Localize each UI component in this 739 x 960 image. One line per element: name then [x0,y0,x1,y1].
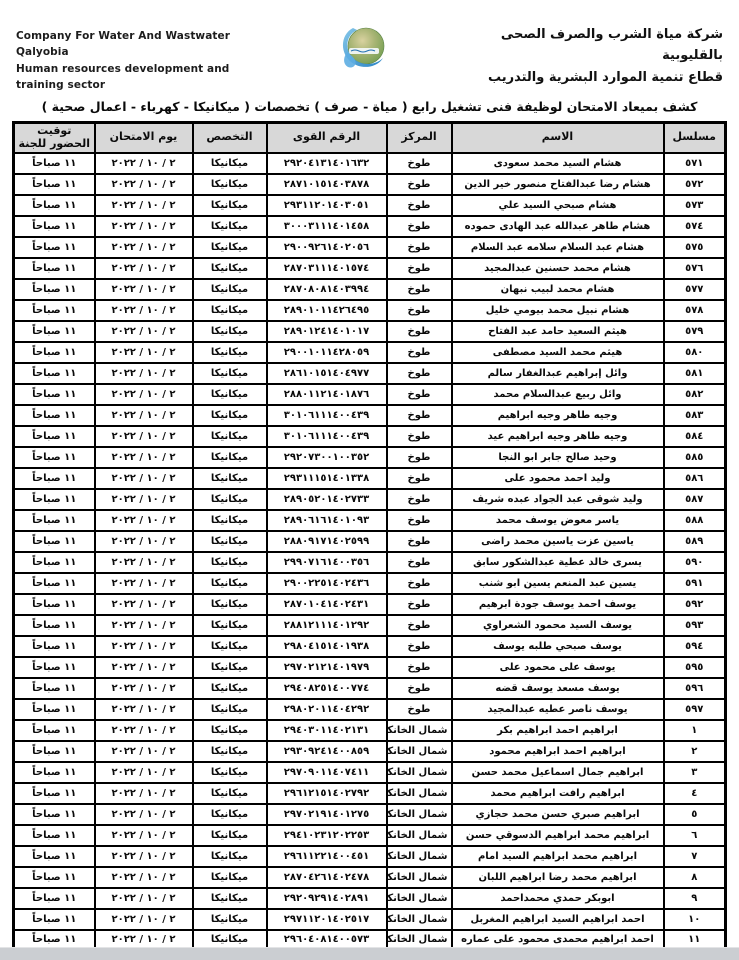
center-cell: شمال الخانكة [387,846,452,867]
name-cell: يسين عبد المنعم يسين ابو شنب [452,573,664,594]
specialty-cell: ميكانيكا [193,762,267,783]
column-header: الرقم القوى [267,123,387,153]
attendance-time-cell: ١١ صباحاً [14,405,95,426]
serial-cell: ٥ [664,804,726,825]
table-row: ٥٨١وائل إبراهيم عبدالغفار سالمطوخ٢٨٦١٠١٥… [14,363,726,384]
national-id-cell: ٢٩٤٠٣٠١١٤٠٢١٣١ [267,720,387,741]
table-row: ٥٨٧وليد شوقى عبد الجواد عبده شريفطوخ٢٨٩٠… [14,489,726,510]
attendance-time-cell: ١١ صباحاً [14,594,95,615]
name-cell: ابراهيم محمد ابراهيم الدسوقي حسن [452,825,664,846]
name-cell: هشام محمد حسنين عبدالمجيد [452,258,664,279]
exam-day-cell: ٢ / ١٠ / ٢٠٢٢ [95,657,193,678]
national-id-cell: ٢٩٨٠٤١٥١٤٠١٩٣٨ [267,636,387,657]
attendance-time-cell: ١١ صباحاً [14,846,95,867]
exam-day-cell: ٢ / ١٠ / ٢٠٢٢ [95,153,193,174]
name-cell: هشام محمد لبيب نبهان [452,279,664,300]
center-cell: شمال الخانكة [387,804,452,825]
specialty-cell: ميكانيكا [193,657,267,678]
center-cell: طوخ [387,405,452,426]
serial-cell: ٣ [664,762,726,783]
table-header-row: مسلسلالاسمالمركزالرقم القوىالتخصصيوم الا… [14,123,726,153]
name-cell: هيثم السعيد حامد عبد الفتاح [452,321,664,342]
center-cell: طوخ [387,237,452,258]
serial-cell: ٥٩٣ [664,615,726,636]
specialty-cell: ميكانيكا [193,867,267,888]
table-row: ٥٩٣يوسف السيد محمود الشعراويطوخ٢٨٨١٢١١١٤… [14,615,726,636]
water-globe-logo-icon [333,22,397,74]
national-id-cell: ٢٨٨٠٩١٧١٤٠٢٥٩٩ [267,531,387,552]
national-id-cell: ٢٩٦١١٢٢١٤٠٠٤٥١ [267,846,387,867]
serial-cell: ٥٨٥ [664,447,726,468]
center-cell: طوخ [387,468,452,489]
national-id-cell: ٢٨٧٠١٠٤١٤٠٢٤٣١ [267,594,387,615]
center-cell: طوخ [387,678,452,699]
national-id-cell: ٢٩٧٠٢١٢١٤٠١٩٧٩ [267,657,387,678]
serial-cell: ٥٨٤ [664,426,726,447]
national-id-cell: ٢٨٩٠٥٢٠١٤٠٢٧٣٣ [267,489,387,510]
national-id-cell: ٢٨٨٠١١٢١٤٠١٨٧٦ [267,384,387,405]
table-row: ٥٨٨ياسر معوض يوسف محمدطوخ٢٨٩٠٦١٦١٤٠١٠٩٣م… [14,510,726,531]
exam-day-cell: ٢ / ١٠ / ٢٠٢٢ [95,237,193,258]
specialty-cell: ميكانيكا [193,741,267,762]
attendance-time-cell: ١١ صباحاً [14,636,95,657]
serial-cell: ٥٩٥ [664,657,726,678]
serial-cell: ٥٧٦ [664,258,726,279]
exam-day-cell: ٢ / ١٠ / ٢٠٢٢ [95,783,193,804]
table-row: ٩ابوبكر حمدي محمداحمدشمال الخانكة٢٩٢٠٩٢٩… [14,888,726,909]
name-cell: وجيه طاهر وجيه ابراهيم [452,405,664,426]
center-cell: طوخ [387,510,452,531]
exam-day-cell: ٢ / ١٠ / ٢٠٢٢ [95,636,193,657]
exam-day-cell: ٢ / ١٠ / ٢٠٢٢ [95,762,193,783]
national-id-cell: ٣٠١٠٦١١١٤٠٠٤٣٩ [267,405,387,426]
attendance-time-cell: ١١ صباحاً [14,468,95,489]
national-id-cell: ٢٩٨٠٢٠١١٤٠٤٢٩٢ [267,699,387,720]
national-id-cell: ٢٩٢٠٩٢٩١٤٠٢٨٩١ [267,888,387,909]
exam-day-cell: ٢ / ١٠ / ٢٠٢٢ [95,489,193,510]
name-cell: ابراهيم صبري حسن محمد حجازي [452,804,664,825]
name-cell: هشام صبحي السيد علي [452,195,664,216]
specialty-cell: ميكانيكا [193,153,267,174]
name-cell: ياسين عزت ياسين محمد راضى [452,531,664,552]
attendance-time-cell: ١١ صباحاً [14,699,95,720]
national-id-cell: ٢٩٧٠٢١٩١٤٠١٢٧٥ [267,804,387,825]
exam-day-cell: ٢ / ١٠ / ٢٠٢٢ [95,678,193,699]
specialty-cell: ميكانيكا [193,615,267,636]
attendance-time-cell: ١١ صباحاً [14,195,95,216]
serial-cell: ١ [664,720,726,741]
national-id-cell: ٢٩٤١٠٢٣١٢٠٢٢٥٣ [267,825,387,846]
serial-cell: ٤ [664,783,726,804]
serial-cell: ٥٧٧ [664,279,726,300]
specialty-cell: ميكانيكا [193,594,267,615]
name-cell: هشام رضا عبدالفتاح منصور خير الدين [452,174,664,195]
name-cell: وجيه طاهر وجيه ابراهيم عيد [452,426,664,447]
column-header: يوم الامتحان [95,123,193,153]
exam-day-cell: ٢ / ١٠ / ٢٠٢٢ [95,258,193,279]
serial-cell: ٥٨٣ [664,405,726,426]
table-row: ١٠احمد ابراهيم السيد ابراهيم المغربلشمال… [14,909,726,930]
exam-day-cell: ٢ / ١٠ / ٢٠٢٢ [95,447,193,468]
name-cell: ابراهيم محمد رضا ابراهيم اللبان [452,867,664,888]
table-row: ٥٧٣هشام صبحي السيد عليطوخ٢٩٣١١٢٠١٤٠٣٠٥١م… [14,195,726,216]
name-cell: ياسر معوض يوسف محمد [452,510,664,531]
national-id-cell: ٢٩٤٠٨٢٥١٤٠٠٧٧٤ [267,678,387,699]
center-cell: طوخ [387,426,452,447]
specialty-cell: ميكانيكا [193,510,267,531]
specialty-cell: ميكانيكا [193,468,267,489]
table-row: ٥٧٦هشام محمد حسنين عبدالمجيدطوخ٢٨٧٠٣١١١٤… [14,258,726,279]
center-cell: طوخ [387,573,452,594]
specialty-cell: ميكانيكا [193,720,267,741]
column-header: التخصص [193,123,267,153]
table-row: ٤ابراهيم رافت ابراهيم محمدشمال الخانكة٢٩… [14,783,726,804]
serial-cell: ٥٩٦ [664,678,726,699]
name-cell: ابراهيم رافت ابراهيم محمد [452,783,664,804]
serial-cell: ٥٩٤ [664,636,726,657]
table-row: ٥٨٠هيثم محمد السيد مصطفىطوخ٢٩٠٠١٠١١٤٢٨٠٥… [14,342,726,363]
specialty-cell: ميكانيكا [193,195,267,216]
attendance-time-cell: ١١ صباحاً [14,363,95,384]
serial-cell: ٧ [664,846,726,867]
attendance-time-cell: ١١ صباحاً [14,258,95,279]
column-header: مسلسل [664,123,726,153]
center-cell: طوخ [387,636,452,657]
column-header: الاسم [452,123,664,153]
company-name-english-line1: Company For Water And Wastwater Qalyobia [16,28,266,61]
center-cell: طوخ [387,594,452,615]
center-cell: طوخ [387,699,452,720]
serial-cell: ٥٨٧ [664,489,726,510]
serial-cell: ٥٨٦ [664,468,726,489]
exam-day-cell: ٢ / ١٠ / ٢٠٢٢ [95,909,193,930]
national-id-cell: ٢٨٩٠٦١٦١٤٠١٠٩٣ [267,510,387,531]
name-cell: يوسف مسعد يوسف قضه [452,678,664,699]
exam-day-cell: ٢ / ١٠ / ٢٠٢٢ [95,825,193,846]
table-row: ٥٧٤هشام طاهر عبدالله عبد الهادى حمودهطوخ… [14,216,726,237]
name-cell: يوسف السيد محمود الشعراوي [452,615,664,636]
serial-cell: ٥٨٠ [664,342,726,363]
table-row: ٥٧٥هشام عبد السلام سلامه عبد السلامطوخ٢٩… [14,237,726,258]
name-cell: وحيد صالح جابر ابو النجا [452,447,664,468]
name-cell: يوسف ناصر عطيه عبدالمجيد [452,699,664,720]
table-row: ٥٧٩هيثم السعيد حامد عبد الفتاحطوخ٢٨٩٠١٢٤… [14,321,726,342]
attendance-time-cell: ١١ صباحاً [14,573,95,594]
table-row: ٥٩١يسين عبد المنعم يسين ابو شنبطوخ٢٩٠٠٢٢… [14,573,726,594]
national-id-cell: ٢٩٧١١٢٠١٤٠٢٥١٧ [267,909,387,930]
exam-day-cell: ٢ / ١٠ / ٢٠٢٢ [95,195,193,216]
exam-day-cell: ٢ / ١٠ / ٢٠٢٢ [95,594,193,615]
national-id-cell: ٢٨٩٠١٢٤١٤٠١٠١٧ [267,321,387,342]
table-row: ٥٩٧يوسف ناصر عطيه عبدالمجيدطوخ٢٩٨٠٢٠١١٤٠… [14,699,726,720]
attendance-time-cell: ١١ صباحاً [14,174,95,195]
exam-day-cell: ٢ / ١٠ / ٢٠٢٢ [95,552,193,573]
national-id-cell: ٣٠٠٠٣١١١٤٠١٤٥٨ [267,216,387,237]
national-id-cell: ٣٠١٠٦١١١٤٠٠٤٣٩ [267,426,387,447]
center-cell: طوخ [387,195,452,216]
specialty-cell: ميكانيكا [193,699,267,720]
serial-cell: ١٠ [664,909,726,930]
specialty-cell: ميكانيكا [193,804,267,825]
exam-day-cell: ٢ / ١٠ / ٢٠٢٢ [95,279,193,300]
center-cell: شمال الخانكة [387,741,452,762]
specialty-cell: ميكانيكا [193,888,267,909]
table-row: ٥٨٩ياسين عزت ياسين محمد راضىطوخ٢٨٨٠٩١٧١٤… [14,531,726,552]
center-cell: شمال الخانكة [387,762,452,783]
name-cell: وائل إبراهيم عبدالغفار سالم [452,363,664,384]
exam-day-cell: ٢ / ١٠ / ٢٠٢٢ [95,804,193,825]
center-cell: شمال الخانكة [387,783,452,804]
serial-cell: ٥٨٨ [664,510,726,531]
serial-cell: ٥٩١ [664,573,726,594]
attendance-time-cell: ١١ صباحاً [14,720,95,741]
national-id-cell: ٢٩٩٠٧١٦١٤٠٠٣٥٦ [267,552,387,573]
table-row: ٢ابراهيم احمد ابراهيم محمودشمال الخانكة٢… [14,741,726,762]
attendance-time-cell: ١١ صباحاً [14,216,95,237]
serial-cell: ٩ [664,888,726,909]
table-row: ٥٩٥يوسف على محمود علىطوخ٢٩٧٠٢١٢١٤٠١٩٧٩مي… [14,657,726,678]
center-cell: شمال الخانكة [387,888,452,909]
table-row: ٥٨٤وجيه طاهر وجيه ابراهيم عيدطوخ٣٠١٠٦١١١… [14,426,726,447]
national-id-cell: ٢٩٠٠٢٢٥١٤٠٢٤٣٦ [267,573,387,594]
center-cell: طوخ [387,384,452,405]
attendance-time-cell: ١١ صباحاً [14,531,95,552]
serial-cell: ٥٨١ [664,363,726,384]
specialty-cell: ميكانيكا [193,321,267,342]
specialty-cell: ميكانيكا [193,342,267,363]
attendance-time-cell: ١١ صباحاً [14,825,95,846]
national-id-cell: ٢٨٩٠١٠١١٤٢٦٤٩٥ [267,300,387,321]
name-cell: ابراهيم احمد ابراهيم بكر [452,720,664,741]
national-id-cell: ٢٨٧٠٤٢٦١٤٠٢٤٧٨ [267,867,387,888]
table-row: ٧ابراهيم محمد ابراهيم السيد امامشمال الخ… [14,846,726,867]
exam-day-cell: ٢ / ١٠ / ٢٠٢٢ [95,405,193,426]
center-cell: طوخ [387,321,452,342]
specialty-cell: ميكانيكا [193,489,267,510]
serial-cell: ٨ [664,867,726,888]
attendance-time-cell: ١١ صباحاً [14,762,95,783]
center-cell: طوخ [387,363,452,384]
attendance-time-cell: ١١ صباحاً [14,321,95,342]
attendance-time-cell: ١١ صباحاً [14,888,95,909]
attendance-time-cell: ١١ صباحاً [14,867,95,888]
table-row: ٥٧٢هشام رضا عبدالفتاح منصور خير الدينطوخ… [14,174,726,195]
national-id-cell: ٢٩٦١٢١٥١٤٠٢٧٩٢ [267,783,387,804]
national-id-cell: ٢٩٧٠٩٠١١٤٠٧٤١١ [267,762,387,783]
company-name-english: Company For Water And Wastwater Qalyobia… [16,28,266,93]
company-header: Company For Water And Wastwater Qalyobia… [0,0,739,93]
table-row: ٥٧١هشام السيد محمد سعودىطوخ٢٩٢٠٤١٣١٤٠١٦٣… [14,153,726,174]
specialty-cell: ميكانيكا [193,426,267,447]
serial-cell: ٥٨٢ [664,384,726,405]
attendance-time-cell: ١١ صباحاً [14,678,95,699]
specialty-cell: ميكانيكا [193,279,267,300]
table-row: ٥٧٧هشام محمد لبيب نبهانطوخ٢٨٧٠٨٠٨١٤٠٣٩٩٤… [14,279,726,300]
center-cell: طوخ [387,300,452,321]
national-id-cell: ٢٩٠٠١٠١١٤٢٨٠٥٩ [267,342,387,363]
specialty-cell: ميكانيكا [193,636,267,657]
exam-day-cell: ٢ / ١٠ / ٢٠٢٢ [95,321,193,342]
exam-day-cell: ٢ / ١٠ / ٢٠٢٢ [95,573,193,594]
national-id-cell: ٢٨٦١٠١٥١٤٠٤٩٧٧ [267,363,387,384]
attendance-time-cell: ١١ صباحاً [14,909,95,930]
serial-cell: ٥٩٠ [664,552,726,573]
name-cell: وليد شوقى عبد الجواد عبده شريف [452,489,664,510]
attendance-time-cell: ١١ صباحاً [14,342,95,363]
attendance-time-cell: ١١ صباحاً [14,615,95,636]
company-name-arabic: شركة مياة الشرب والصرف الصحى بالقليوبية … [463,24,723,88]
name-cell: يسرى خالد عطية عبدالشكور سابق [452,552,664,573]
exam-day-cell: ٢ / ١٠ / ٢٠٢٢ [95,216,193,237]
national-id-cell: ٢٩٢٠٤١٣١٤٠١٦٣٢ [267,153,387,174]
attendance-time-cell: ١١ صباحاً [14,426,95,447]
name-cell: هشام السيد محمد سعودى [452,153,664,174]
national-id-cell: ٢٩٣١١١٥١٤٠١٣٣٨ [267,468,387,489]
exam-day-cell: ٢ / ١٠ / ٢٠٢٢ [95,741,193,762]
specialty-cell: ميكانيكا [193,531,267,552]
center-cell: طوخ [387,279,452,300]
name-cell: احمد ابراهيم السيد ابراهيم المغربل [452,909,664,930]
center-cell: طوخ [387,615,452,636]
specialty-cell: ميكانيكا [193,678,267,699]
center-cell: طوخ [387,552,452,573]
national-id-cell: ٢٨٨١٢١١١٤٠١٢٩٢ [267,615,387,636]
table-row: ٥٨٣وجيه طاهر وجيه ابراهيمطوخ٣٠١٠٦١١١٤٠٠٤… [14,405,726,426]
exam-day-cell: ٢ / ١٠ / ٢٠٢٢ [95,363,193,384]
table-row: ١ابراهيم احمد ابراهيم بكرشمال الخانكة٢٩٤… [14,720,726,741]
table-row: ٥٩٢يوسف احمد يوسف جودة ابرهيمطوخ٢٨٧٠١٠٤١… [14,594,726,615]
attendance-time-cell: ١١ صباحاً [14,279,95,300]
serial-cell: ٦ [664,825,726,846]
center-cell: طوخ [387,216,452,237]
serial-cell: ٥٩٢ [664,594,726,615]
serial-cell: ٥٧٩ [664,321,726,342]
national-id-cell: ٢٩٣١١٢٠١٤٠٣٠٥١ [267,195,387,216]
attendance-time-cell: ١١ صباحاً [14,552,95,573]
specialty-cell: ميكانيكا [193,216,267,237]
name-cell: ابوبكر حمدي محمداحمد [452,888,664,909]
name-cell: هشام عبد السلام سلامه عبد السلام [452,237,664,258]
exam-day-cell: ٢ / ١٠ / ٢٠٢٢ [95,426,193,447]
table-row: ٦ابراهيم محمد ابراهيم الدسوقي حسنشمال ال… [14,825,726,846]
specialty-cell: ميكانيكا [193,909,267,930]
center-cell: طوخ [387,489,452,510]
serial-cell: ٥٨٩ [664,531,726,552]
attendance-time-cell: ١١ صباحاً [14,783,95,804]
national-id-cell: ٢٩٢٠٧٣٠٠١٠٠٣٥٢ [267,447,387,468]
attendance-time-cell: ١١ صباحاً [14,741,95,762]
attendance-time-cell: ١١ صباحاً [14,153,95,174]
exam-day-cell: ٢ / ١٠ / ٢٠٢٢ [95,174,193,195]
serial-cell: ٥٩٧ [664,699,726,720]
national-id-cell: ٢٩٣٠٩٢٤١٤٠٠٨٥٩ [267,741,387,762]
name-cell: وائل ربيع عبدالسلام محمد [452,384,664,405]
name-cell: يوسف صبحي طلبه يوسف [452,636,664,657]
center-cell: طوخ [387,447,452,468]
company-name-english-line2: Human resources development and training… [16,61,266,94]
national-id-cell: ٢٩٠٠٩٢٦١٤٠٢٠٥٦ [267,237,387,258]
exam-day-cell: ٢ / ١٠ / ٢٠٢٢ [95,531,193,552]
center-cell: شمال الخانكة [387,909,452,930]
exam-day-cell: ٢ / ١٠ / ٢٠٢٢ [95,300,193,321]
center-cell: شمال الخانكة [387,867,452,888]
name-cell: ابراهيم جمال اسماعيل محمد حسن [452,762,664,783]
table-row: ٥٨٥وحيد صالح جابر ابو النجاطوخ٢٩٢٠٧٣٠٠١٠… [14,447,726,468]
table-row: ٥٧٨هشام نبيل محمد بيومي خليلطوخ٢٨٩٠١٠١١٤… [14,300,726,321]
table-row: ٥٩٠يسرى خالد عطية عبدالشكور سابقطوخ٢٩٩٠٧… [14,552,726,573]
name-cell: هشام نبيل محمد بيومي خليل [452,300,664,321]
exam-day-cell: ٢ / ١٠ / ٢٠٢٢ [95,342,193,363]
specialty-cell: ميكانيكا [193,573,267,594]
attendance-time-cell: ١١ صباحاً [14,447,95,468]
document-title: كشف بميعاد الامتحان لوظيفة فنى تشغيل راب… [0,99,739,114]
attendance-time-cell: ١١ صباحاً [14,804,95,825]
exam-day-cell: ٢ / ١٠ / ٢٠٢٢ [95,510,193,531]
name-cell: وليد احمد محمود على [452,468,664,489]
table-row: ٨ابراهيم محمد رضا ابراهيم اللبانشمال الخ… [14,867,726,888]
center-cell: طوخ [387,342,452,363]
bottom-scroll-strip [0,947,739,960]
attendance-time-cell: ١١ صباحاً [14,489,95,510]
exam-day-cell: ٢ / ١٠ / ٢٠٢٢ [95,699,193,720]
document-page: Company For Water And Wastwater Qalyobia… [0,0,739,960]
column-header: توقيت الحضور للجنة [14,123,95,153]
center-cell: طوخ [387,531,452,552]
company-name-arabic-line2: قطاع تنمية الموارد البشرية والتدريب [463,67,723,88]
exam-day-cell: ٢ / ١٠ / ٢٠٢٢ [95,615,193,636]
table-row: ٥٨٢وائل ربيع عبدالسلام محمدطوخ٢٨٨٠١١٢١٤٠… [14,384,726,405]
attendance-time-cell: ١١ صباحاً [14,657,95,678]
company-name-arabic-line1: شركة مياة الشرب والصرف الصحى بالقليوبية [463,24,723,67]
specialty-cell: ميكانيكا [193,363,267,384]
name-cell: يوسف احمد يوسف جودة ابرهيم [452,594,664,615]
table-row: ٥٨٦وليد احمد محمود علىطوخ٢٩٣١١١٥١٤٠١٣٣٨م… [14,468,726,489]
table-row: ٥٩٦يوسف مسعد يوسف قضهطوخ٢٩٤٠٨٢٥١٤٠٠٧٧٤مي… [14,678,726,699]
table-row: ٥ابراهيم صبري حسن محمد حجازيشمال الخانكة… [14,804,726,825]
center-cell: شمال الخانكة [387,825,452,846]
name-cell: ابراهيم محمد ابراهيم السيد امام [452,846,664,867]
specialty-cell: ميكانيكا [193,258,267,279]
specialty-cell: ميكانيكا [193,405,267,426]
center-cell: طوخ [387,258,452,279]
specialty-cell: ميكانيكا [193,384,267,405]
serial-cell: ٥٧١ [664,153,726,174]
specialty-cell: ميكانيكا [193,174,267,195]
national-id-cell: ٢٨٧٠٨٠٨١٤٠٣٩٩٤ [267,279,387,300]
national-id-cell: ٢٨٧١٠١٥١٤٠٣٨٧٨ [267,174,387,195]
specialty-cell: ميكانيكا [193,825,267,846]
specialty-cell: ميكانيكا [193,783,267,804]
serial-cell: ٥٧٥ [664,237,726,258]
exam-day-cell: ٢ / ١٠ / ٢٠٢٢ [95,888,193,909]
exam-day-cell: ٢ / ١٠ / ٢٠٢٢ [95,720,193,741]
attendance-time-cell: ١١ صباحاً [14,300,95,321]
center-cell: شمال الخانكة [387,720,452,741]
company-logo [333,22,397,74]
serial-cell: ٥٧٤ [664,216,726,237]
exam-day-cell: ٢ / ١٠ / ٢٠٢٢ [95,867,193,888]
specialty-cell: ميكانيكا [193,300,267,321]
center-cell: طوخ [387,657,452,678]
specialty-cell: ميكانيكا [193,552,267,573]
name-cell: ابراهيم احمد ابراهيم محمود [452,741,664,762]
specialty-cell: ميكانيكا [193,447,267,468]
exam-schedule-table: مسلسلالاسمالمركزالرقم القوىالتخصصيوم الا… [12,121,727,952]
name-cell: هيثم محمد السيد مصطفى [452,342,664,363]
attendance-time-cell: ١١ صباحاً [14,384,95,405]
center-cell: طوخ [387,174,452,195]
attendance-time-cell: ١١ صباحاً [14,237,95,258]
